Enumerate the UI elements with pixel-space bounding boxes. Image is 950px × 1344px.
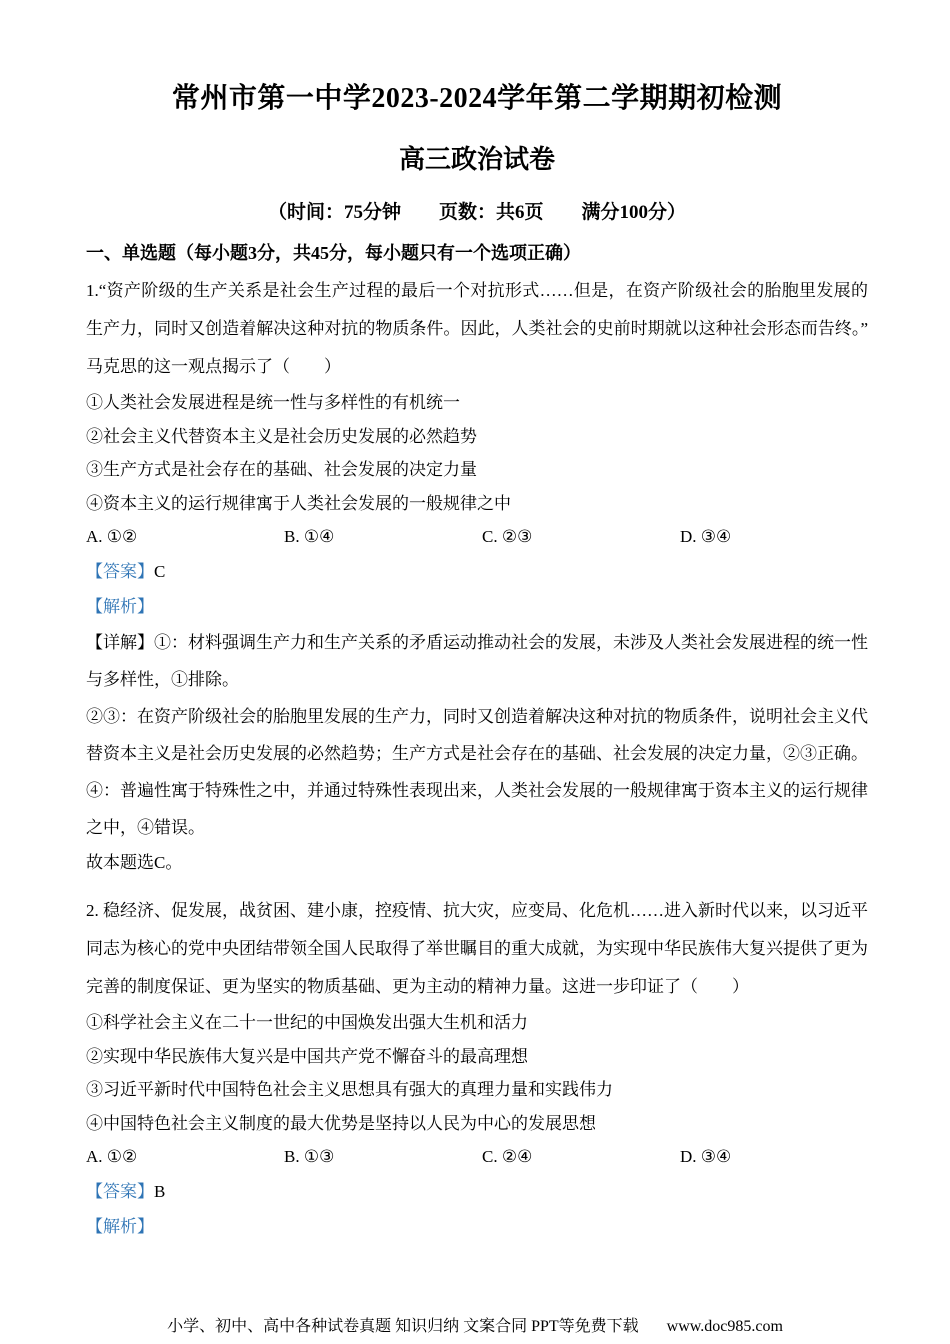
statement-4: ④中国特色社会主义制度的最大优势是坚持以人民为中心的发展思想	[86, 1107, 868, 1141]
answer-label: 【答案】	[86, 1182, 154, 1201]
choice-b: B. ①③	[284, 1140, 482, 1174]
page-footer: 小学、初中、高中各种试卷真题 知识归纳 文案合同 PPT等免费下载www.doc…	[0, 1317, 950, 1336]
question-1-answer-line: 【答案】C	[86, 554, 868, 589]
statement-1: ①人类社会发展进程是统一性与多样性的有机统一	[86, 386, 868, 420]
statement-2: ②社会主义代替资本主义是社会历史发展的必然趋势	[86, 420, 868, 454]
choice-b: B. ①④	[284, 520, 482, 554]
question-1-stem: 1.“资产阶级的生产关系是社会生产过程的最后一个对抗形式……但是，在资产阶级社会…	[86, 272, 868, 386]
exam-meta: （时间：75分钟 页数：共6页 满分100分）	[86, 201, 868, 226]
statement-3: ③习近平新时代中国特色社会主义思想具有强大的真理力量和实践伟力	[86, 1073, 868, 1107]
analysis-label: 【解析】	[86, 1217, 154, 1236]
exam-page: 常州市第一中学2023-2024学年第二学期期初检测 高三政治试卷 （时间：75…	[0, 82, 950, 1244]
choice-a: A. ①②	[86, 520, 284, 554]
section-heading: 一、单选题（每小题3分，共45分，每小题只有一个选项正确）	[86, 240, 868, 267]
explanation-paragraph-2: ②③：在资产阶级社会的胎胞里发展的生产力，同时又创造着解决这种对抗的物质条件，说…	[86, 698, 868, 772]
question-2-analysis-line: 【解析】	[86, 1209, 868, 1244]
statement-4: ④资本主义的运行规律寓于人类社会发展的一般规律之中	[86, 487, 868, 521]
question-2-choices: A. ①② B. ①③ C. ②④ D. ③④	[86, 1140, 868, 1174]
answer-label: 【答案】	[86, 562, 154, 581]
explanation-paragraph-1: 【详解】①：材料强调生产力和生产关系的矛盾运动推动社会的发展，未涉及人类社会发展…	[86, 624, 868, 698]
choice-a: A. ①②	[86, 1140, 284, 1174]
choice-d: D. ③④	[680, 520, 868, 554]
statement-2: ②实现中华民族伟大复兴是中国共产党不懈奋斗的最高理想	[86, 1040, 868, 1074]
page-title: 常州市第一中学2023-2024学年第二学期期初检测	[86, 82, 868, 116]
question-2-block: 2. 稳经济、促发展，战贫困、建小康，控疫情、抗大灾，应变局、化危机……进入新时…	[86, 892, 868, 1244]
question-1-choices: A. ①② B. ①④ C. ②③ D. ③④	[86, 520, 868, 554]
page-subtitle: 高三政治试卷	[86, 144, 868, 175]
question-2-stem: 2. 稳经济、促发展，战贫困、建小康，控疫情、抗大灾，应变局、化危机……进入新时…	[86, 892, 868, 1006]
answer-value: C	[154, 562, 165, 581]
choice-c: C. ②③	[482, 520, 680, 554]
choice-c: C. ②④	[482, 1140, 680, 1174]
question-2-answer-line: 【答案】B	[86, 1174, 868, 1209]
question-1-analysis-line: 【解析】	[86, 589, 868, 624]
question-1-statements: ①人类社会发展进程是统一性与多样性的有机统一 ②社会主义代替资本主义是社会历史发…	[86, 386, 868, 520]
answer-value: B	[154, 1182, 165, 1201]
analysis-label: 【解析】	[86, 597, 154, 616]
question-1-block: 1.“资产阶级的生产关系是社会生产过程的最后一个对抗形式……但是，在资产阶级社会…	[86, 272, 868, 880]
explanation-paragraph-3: ④：普遍性寓于特殊性之中，并通过特殊性表现出来，人类社会发展的一般规律寓于资本主…	[86, 772, 868, 846]
footer-site-url: www.doc985.com	[667, 1318, 783, 1335]
explanation-conclusion: 故本题选C。	[86, 846, 868, 880]
statement-1: ①科学社会主义在二十一世纪的中国焕发出强大生机和活力	[86, 1006, 868, 1040]
question-2-statements: ①科学社会主义在二十一世纪的中国焕发出强大生机和活力 ②实现中华民族伟大复兴是中…	[86, 1006, 868, 1140]
statement-3: ③生产方式是社会存在的基础、社会发展的决定力量	[86, 453, 868, 487]
choice-d: D. ③④	[680, 1140, 868, 1174]
footer-text: 小学、初中、高中各种试卷真题 知识归纳 文案合同 PPT等免费下载	[167, 1318, 639, 1335]
